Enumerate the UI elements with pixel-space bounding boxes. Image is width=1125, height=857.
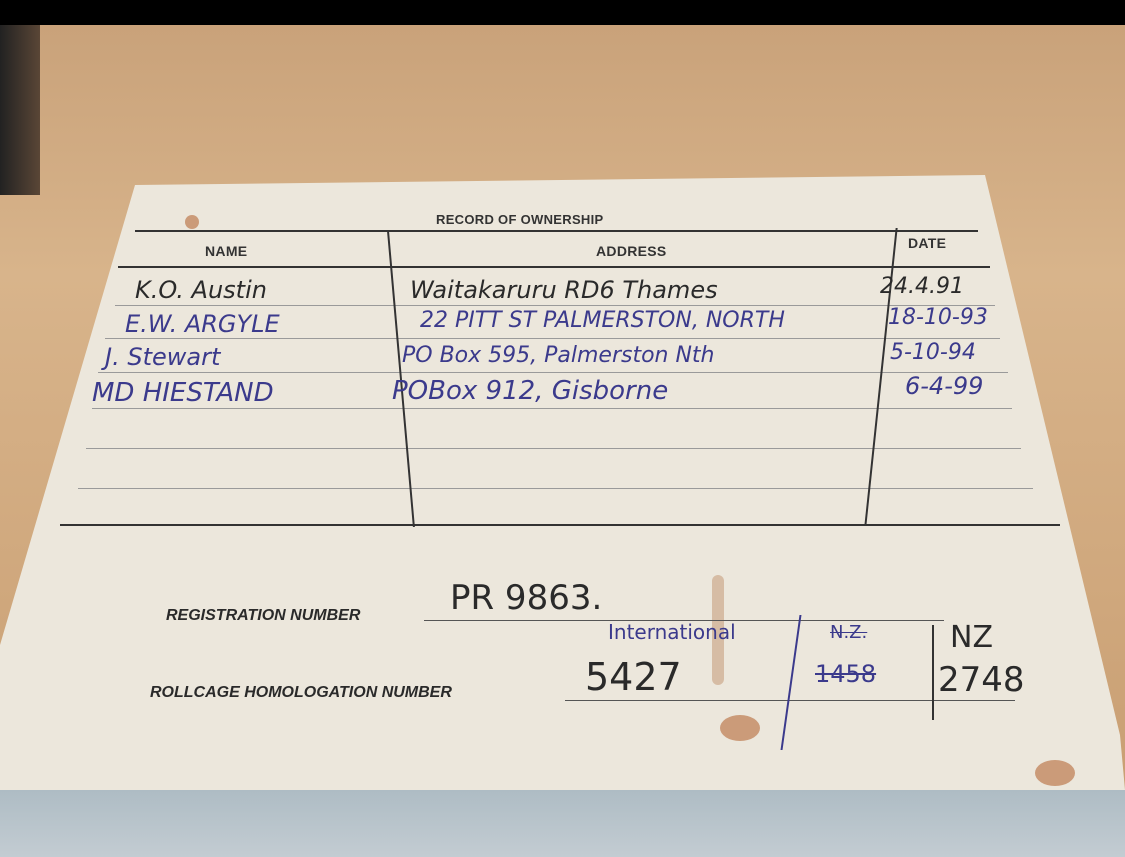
rollcage-underline — [565, 700, 1015, 701]
international-label: International — [608, 620, 736, 644]
table-bottom-line — [60, 524, 1060, 526]
row-line — [78, 488, 1033, 489]
rust-stain — [720, 715, 760, 741]
top-black-bar — [0, 0, 1125, 25]
nz-old-value: 1458 — [815, 660, 876, 688]
row-line — [105, 338, 1000, 339]
owner-address: POBox 912, Gisborne — [392, 376, 668, 406]
desk-shadow — [0, 25, 40, 195]
divider-stroke — [932, 625, 934, 720]
row-line — [98, 372, 1008, 373]
nz-value: 2748 — [938, 660, 1025, 700]
column-date: DATE — [908, 235, 946, 251]
card-title: RECORD OF OWNERSHIP — [436, 212, 603, 227]
binder-edge — [0, 790, 1125, 857]
rollcage-label: ROLLCAGE HOMOLOGATION NUMBER — [150, 684, 452, 702]
row-line — [86, 448, 1021, 449]
owner-date: 6-4-99 — [905, 372, 983, 400]
table-top-line — [135, 230, 978, 232]
row-line — [115, 305, 995, 306]
owner-date: 18-10-93 — [888, 305, 988, 330]
owner-name: E.W. ARGYLE — [125, 310, 280, 338]
owner-address: 22 PITT ST PALMERSTON, NORTH — [420, 308, 785, 333]
owner-name: K.O. Austin — [135, 276, 267, 304]
owner-date: 5-10-94 — [890, 340, 976, 365]
international-value: 5427 — [585, 655, 682, 699]
registration-value: PR 9863. — [450, 578, 602, 618]
header-bottom-line — [118, 266, 990, 268]
ownership-card — [0, 175, 1125, 795]
owner-address: Waitakaruru RD6 Thames — [410, 276, 718, 304]
row-line — [92, 408, 1012, 409]
rust-stain — [1035, 760, 1075, 786]
registration-label: REGISTRATION NUMBER — [166, 607, 360, 625]
nz-label: NZ — [950, 620, 993, 655]
owner-date: 24.4.91 — [880, 274, 964, 299]
owner-name: MD HIESTAND — [92, 378, 274, 408]
column-address: ADDRESS — [596, 243, 667, 259]
rust-stain — [185, 215, 199, 229]
owner-name: J. Stewart — [105, 343, 220, 371]
column-name: NAME — [205, 243, 247, 259]
owner-address: PO Box 595, Palmerston Nth — [402, 343, 715, 368]
nz-old-label: N.Z. — [830, 622, 867, 643]
